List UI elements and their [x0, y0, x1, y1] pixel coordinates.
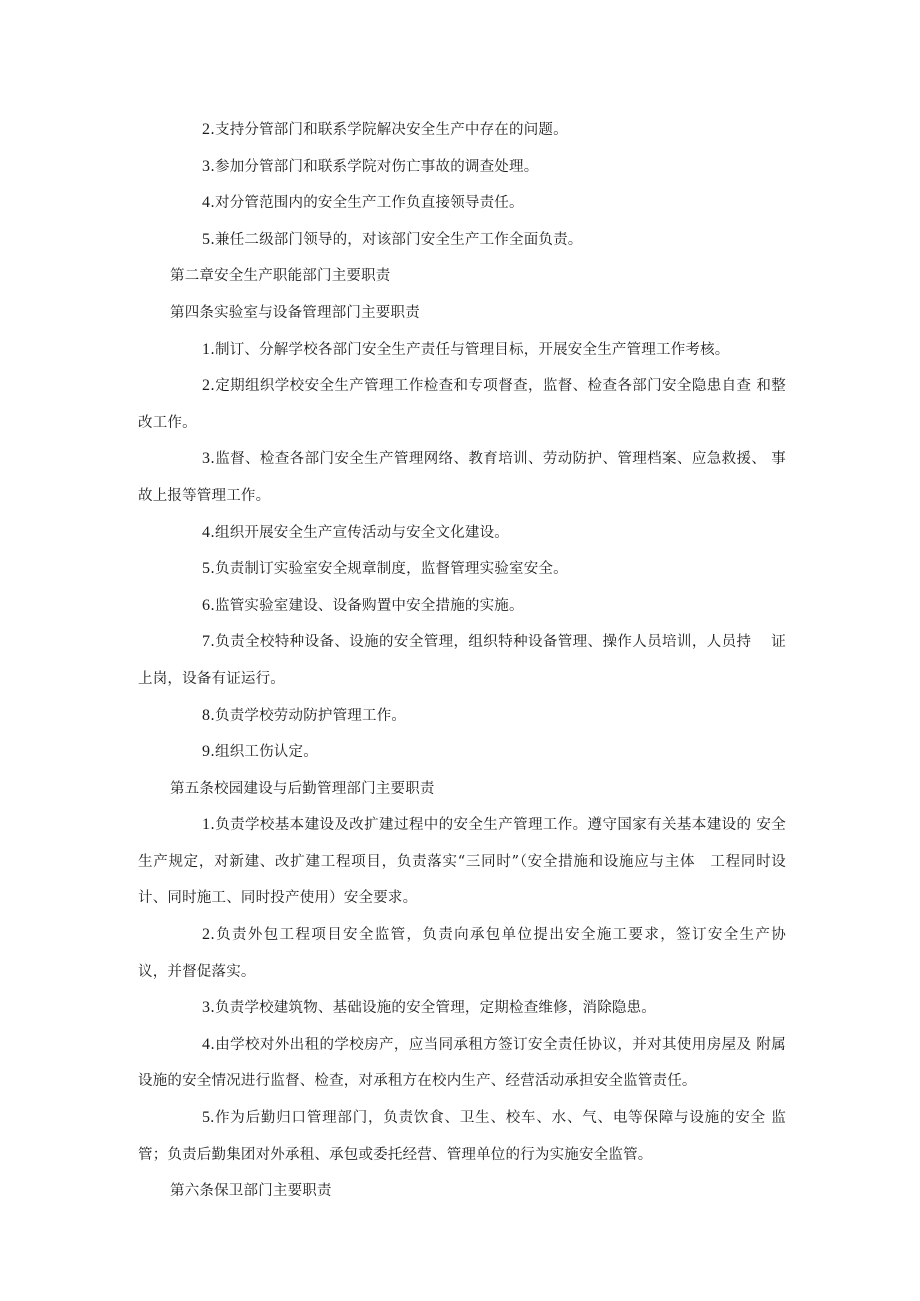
item-text: 作为后勤归口管理部门，负责饮食、卫生、校车、水、气、电等保障与设施的安全 监管；… [138, 1110, 786, 1163]
list-item: 4.对分管范围内的安全生产工作负直接领导责任。 [138, 185, 786, 222]
list-item: 1.制订、分解学校各部门安全生产责任与管理目标，开展安全生产管理工作考核。 [138, 332, 786, 369]
item-number: 3 [170, 990, 210, 1027]
item-text: .支持分管部门和联系学院解决安全生产中存在的问题。 [210, 122, 568, 138]
item-number: 5 [170, 551, 210, 588]
list-item: 5.作为后勤归口管理部门，负责饮食、卫生、校车、水、气、电等保障与设施的安全 监… [138, 1100, 786, 1173]
item-text: .负责制订实验室安全规章制度，监督管理实验室安全。 [210, 561, 568, 577]
list-item: 3.参加分管部门和联系学院对伤亡事故的调查处理。 [138, 149, 786, 186]
item-number: 1 [170, 807, 210, 844]
list-item: 1.负责学校基本建设及改扩建过程中的安全生产管理工作。遵守国家有关基本建设的 安… [138, 807, 786, 917]
item-number: 4 [170, 1027, 210, 1064]
list-item: 2.支持分管部门和联系学院解决安全生产中存在的问题。 [138, 112, 786, 149]
item-text: .负责学校建筑物、基础设施的安全管理，定期检查维修，消除隐患。 [210, 1000, 656, 1016]
item-text: .负责全校特种设备、设施的安全管理，组织特种设备管理、操作人员培训，人员持 证上… [138, 634, 786, 687]
list-item: 2.定期组织学校安全生产管理工作检查和专项督查，监督、检查各部门安全隐患自查 和… [138, 368, 786, 441]
list-item: 3.负责学校建筑物、基础设施的安全管理，定期检查维修，消除隐患。 [138, 990, 786, 1027]
article-heading: 第五条校园建设与后勤管理部门主要职责 [138, 771, 786, 808]
list-item: 5.负责制订实验室安全规章制度，监督管理实验室安全。 [138, 551, 786, 588]
item-text: .由学校对外出租的学校房产，应当同承租方签订安全责任协议，并对其使用房屋及 附属… [138, 1037, 786, 1090]
item-text: .监管实验室建设、设备购置中安全措施的实施。 [210, 598, 524, 614]
item-text: .组织工伤认定。 [210, 744, 318, 760]
item-text: .制订、分解学校各部门安全生产责任与管理目标，开展安全生产管理工作考核。 [210, 342, 729, 358]
item-number: 7 [170, 624, 210, 661]
list-item: 4.组织开展安全生产宣传活动与安全文化建设。 [138, 515, 786, 552]
item-number: 2 [170, 368, 210, 405]
item-text: .组织开展安全生产宣传活动与安全文化建设。 [210, 525, 509, 541]
article-heading: 第六条保卫部门主要职责 [138, 1173, 786, 1210]
list-item: 9.组织工伤认定。 [138, 734, 786, 771]
list-item: 6.监管实验室建设、设备购置中安全措施的实施。 [138, 588, 786, 625]
item-text: .对分管范围内的安全生产工作负直接领导责任。 [210, 195, 524, 211]
item-number: 2 [170, 112, 210, 149]
item-text: .定期组织学校安全生产管理工作检查和专项督查，监督、检查各部门安全隐患自查 和整… [138, 378, 786, 431]
item-text: .参加分管部门和联系学院对伤亡事故的调查处理。 [210, 159, 538, 175]
list-item: 2.负责外包工程项目安全监管，负责向承包单位提出安全施工要求，签订安全生产协 议… [138, 917, 786, 990]
list-item: 8.负责学校劳动防护管理工作。 [138, 698, 786, 735]
item-number: 5 [170, 222, 210, 259]
list-item: 5.兼任二级部门领导的，对该部门安全生产工作全面负责。 [138, 222, 786, 259]
document-page: 2.支持分管部门和联系学院解决安全生产中存在的问题。 3.参加分管部门和联系学院… [138, 112, 786, 1210]
chapter-heading: 第二章安全生产职能部门主要职责 [138, 258, 786, 295]
item-text: .负责学校基本建设及改扩建过程中的安全生产管理工作。遵守国家有关基本建设的 安全… [138, 817, 786, 906]
item-number: 9 [170, 734, 210, 771]
item-number: 2 [170, 917, 210, 954]
item-text: .负责外包工程项目安全监管，负责向承包单位提出安全施工要求，签订安全生产协 议，… [138, 927, 801, 980]
article-heading: 第四条实验室与设备管理部门主要职责 [138, 295, 786, 332]
list-item: 3.监督、检查各部门安全生产管理网络、教育培训、劳动防护、管理档案、应急救援、 … [138, 441, 786, 514]
item-number: 4 [170, 515, 210, 552]
item-text: .兼任二级部门领导的，对该部门安全生产工作全面负责。 [210, 232, 582, 248]
item-text: .监督、检查各部门安全生产管理网络、教育培训、劳动防护、管理档案、应急救援、 事… [138, 451, 786, 504]
item-number: 1 [170, 332, 210, 369]
item-number: 4 [170, 185, 210, 222]
item-number: 5. [170, 1100, 214, 1137]
item-number: 6 [170, 588, 210, 625]
list-item: 7.负责全校特种设备、设施的安全管理，组织特种设备管理、操作人员培训，人员持 证… [138, 624, 786, 697]
item-number: 8 [170, 698, 210, 735]
item-number: 3 [170, 149, 210, 186]
item-number: 3 [170, 441, 210, 478]
list-item: 4.由学校对外出租的学校房产，应当同承租方签订安全责任协议，并对其使用房屋及 附… [138, 1027, 786, 1100]
item-text: .负责学校劳动防护管理工作。 [210, 708, 406, 724]
